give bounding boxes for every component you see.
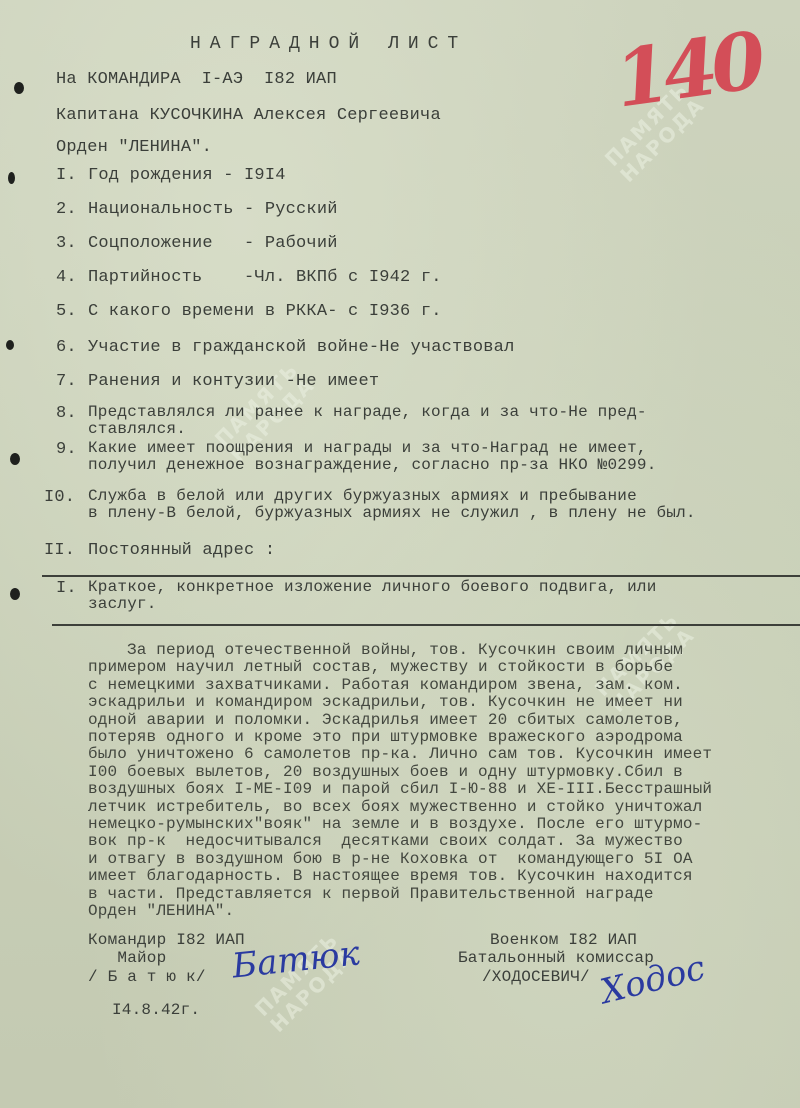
narrative-line: потеряв одного и кроме это при штурмовке…	[88, 729, 683, 746]
item-number: 3.	[56, 234, 77, 254]
narrative-line: с немецкими захватчиками. Работая команд…	[88, 677, 683, 694]
commander-name: / Б а т ю к/	[88, 967, 206, 987]
narrative-line: эскадрильи и командиром эскадрильи, тов.…	[88, 694, 683, 711]
commissar-name: /ХОДОСЕВИЧ/	[482, 967, 590, 987]
item-text: Представлялся ли ранее к награде, когда …	[88, 404, 647, 438]
narrative-line: и отвагу в воздушном бою в р-не Коховка …	[88, 851, 693, 868]
award-sheet-page: ПАМЯТЬНАРОДА ПАМЯТЬНАРОДА ПАМЯТЬНАРОДА П…	[0, 0, 800, 1108]
item-number: 9.	[56, 440, 77, 460]
item-number: 6.	[56, 338, 77, 358]
narrative-line: вок пр-к недосчитывался десятками своих …	[88, 833, 683, 850]
item-number: II.	[44, 541, 75, 561]
narrative-line: одной аварии и поломки. Эскадрилья имеет…	[88, 712, 683, 729]
commander-signature: Батюк	[230, 933, 361, 986]
punch-hole	[8, 172, 15, 184]
narrative-line: имеет благодарность. В настоящее время т…	[88, 868, 693, 885]
item-text: Какие имеет поощрения и награды и за что…	[88, 440, 657, 474]
narrative-line: было уничтожено 6 самолетов пр-ка. Лично…	[88, 746, 712, 763]
narrative-line: примером научил летный состав, мужеству …	[88, 659, 673, 676]
award-line: Орден "ЛЕНИНА".	[56, 138, 212, 158]
item-text: Постоянный адрес :	[88, 541, 275, 561]
commissar-title: Военком I82 ИАП	[490, 930, 637, 950]
commissar-rank: Батальонный комиссар	[458, 948, 654, 968]
item-number: 2.	[56, 200, 77, 220]
commander-title: Командир I82 ИАП	[88, 930, 245, 950]
commander-rank: Майор	[88, 948, 166, 968]
name-line: Капитана КУСОЧКИНА Алексея Сергеевича	[56, 106, 441, 126]
item-number: 7.	[56, 372, 77, 392]
item-number: I.	[56, 166, 77, 186]
item-text: Год рождения - I9I4	[88, 166, 286, 186]
item-text: С какого времени в РККА- с I936 г.	[88, 302, 442, 322]
item-text: Участие в гражданской войне-Не участвова…	[88, 338, 514, 358]
item-text: Национальность - Русский	[88, 200, 338, 220]
narrative-line: За период отечественной войны, тов. Кусо…	[88, 642, 683, 659]
section-heading-number: I.	[56, 579, 77, 599]
item-number: I0.	[44, 488, 75, 508]
item-number: 5.	[56, 302, 77, 322]
item-text: Служба в белой или других буржуазных арм…	[88, 488, 696, 522]
narrative-line: немецко-румынских"вояк" на земле и в воз…	[88, 816, 702, 833]
narrative-line: I00 боевых вылетов, 20 воздушных боев и …	[88, 764, 683, 781]
punch-hole	[6, 340, 14, 350]
item-number: 8.	[56, 404, 77, 424]
narrative-line: Орден "ЛЕНИНА".	[88, 903, 234, 920]
narrative-line: летчик истребитель, во всех боях мужеств…	[88, 799, 702, 816]
punch-hole	[14, 82, 24, 94]
document-title: НАГРАДНОЙ ЛИСТ	[190, 34, 467, 54]
item-text: Соцположение - Рабочий	[88, 234, 338, 254]
handwritten-number: 140	[609, 15, 765, 125]
separator-line	[52, 624, 800, 626]
punch-hole	[10, 453, 20, 465]
document-date: I4.8.42г.	[112, 1000, 200, 1020]
item-number: 4.	[56, 268, 77, 288]
item-text: Партийность -Чл. ВКПб с I942 г.	[88, 268, 442, 288]
recipient-line: На КОМАНДИРА I-АЭ I82 ИАП	[56, 70, 337, 90]
item-text: Ранения и контузии -Не имеет	[88, 372, 379, 392]
punch-hole	[10, 588, 20, 600]
separator-line	[42, 575, 800, 577]
section-heading: Краткое, конкретное изложение личного бо…	[88, 579, 657, 613]
narrative-line: воздушных боях I-МЕ-I09 и парой сбил I-Ю…	[88, 781, 712, 798]
narrative-line: в части. Представляется к первой Правите…	[88, 886, 654, 903]
